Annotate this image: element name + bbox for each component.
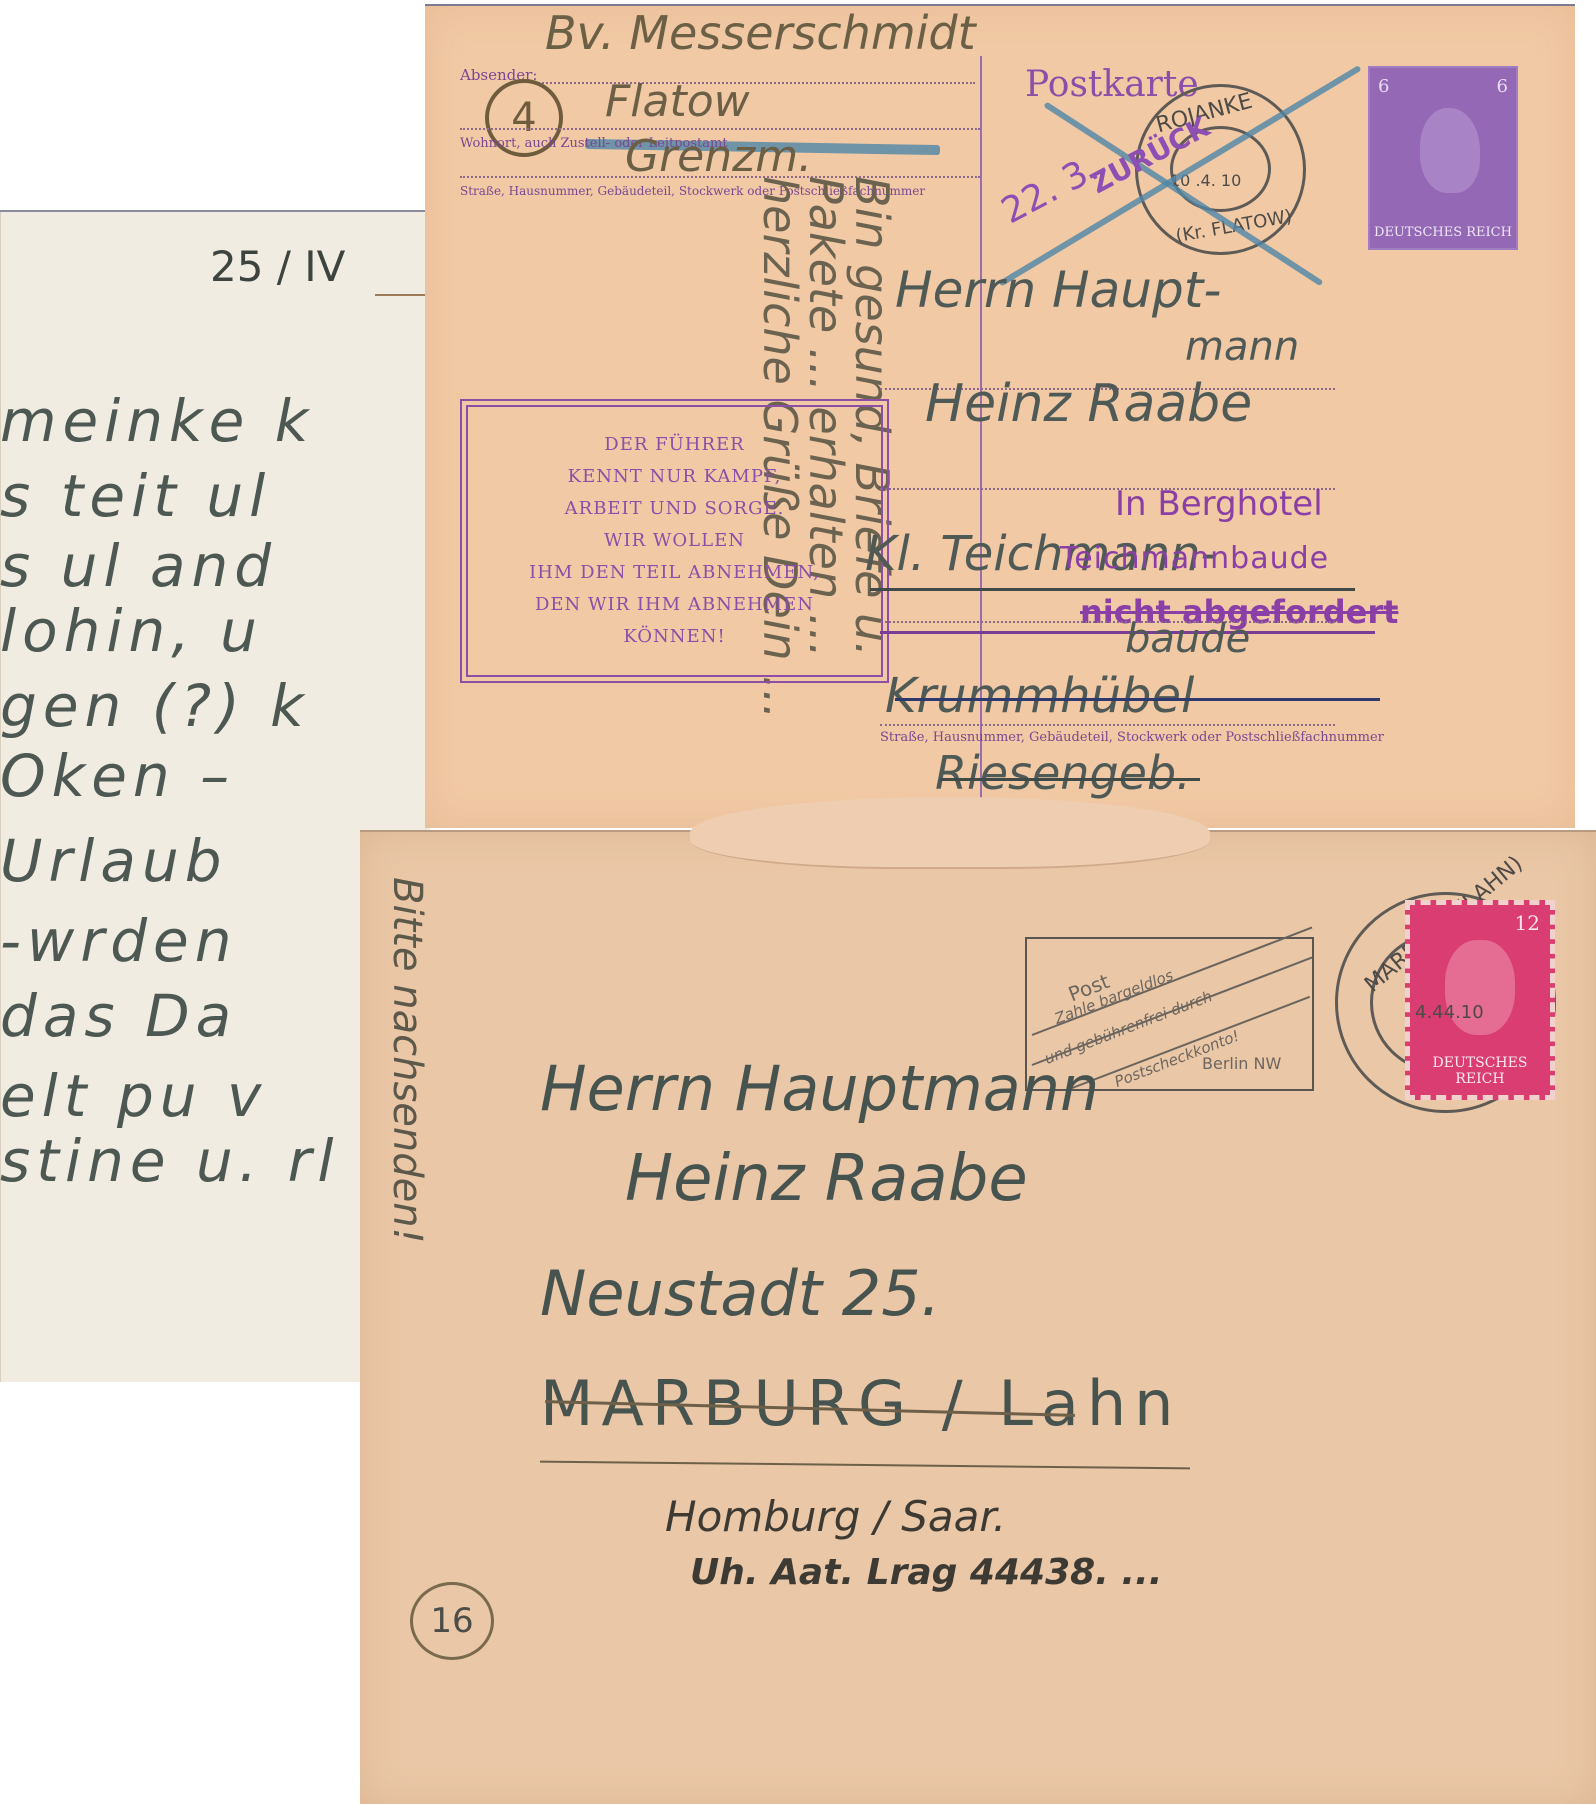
hotel-stamp-line-1: In Berghotel	[1115, 484, 1323, 524]
envelope-number-circle: 16	[410, 1582, 494, 1660]
propaganda-line: KÖNNEN!	[462, 621, 887, 653]
letter-line: s ul and	[0, 532, 277, 600]
stamp-value-right: 6	[1497, 76, 1508, 97]
stamp-country: DEUTSCHES REICH	[1370, 225, 1516, 240]
postage-stamp-6: 6 6 DEUTSCHES REICH	[1368, 66, 1518, 250]
envelope-recipient-title: Herrn Hauptmann	[540, 1052, 1099, 1125]
stamp-value-left: 6	[1378, 76, 1389, 97]
sender-region-hand: Grenzm.	[625, 131, 812, 182]
propaganda-line: DEN WIR IHM ABNEHMEN	[462, 589, 887, 621]
propaganda-line: DER FÜHRER	[462, 429, 887, 461]
recipient-region: Riesengeb.	[935, 746, 1191, 800]
letter-line: lohin, u	[0, 597, 263, 665]
letter-line: gen (?) k	[0, 672, 310, 740]
postage-stamp-12: 12 DEUTSCHES REICH	[1405, 900, 1555, 1100]
strikethrough	[870, 588, 1355, 591]
postcard: Bv. Messerschmidt Absender: 4 Flatow Woh…	[425, 4, 1575, 828]
propaganda-text: DER FÜHRER KENNT NUR KAMPF, ARBEIT UND S…	[462, 429, 887, 653]
letter-date: 25 / IV	[210, 242, 345, 291]
recipient-line-2: mann	[1185, 324, 1299, 370]
street-label-right: Straße, Hausnummer, Gebäudeteil, Stockwe…	[880, 730, 1384, 745]
street-line	[460, 176, 980, 178]
address-line	[880, 621, 1335, 623]
propaganda-line: WIR WOLLEN	[462, 525, 887, 557]
letter-line: stine u. rl	[0, 1127, 340, 1195]
forwarding-address-1: Homburg / Saar.	[665, 1492, 1006, 1541]
portrait-icon	[1420, 108, 1480, 193]
recipient-address-line-2: baude	[1125, 616, 1250, 662]
propaganda-line: ARBEIT UND SORGE.	[462, 493, 887, 525]
underline	[540, 1461, 1190, 1470]
strikethrough	[895, 698, 1380, 701]
recipient-name: Heinz Raabe	[925, 374, 1252, 434]
postmark-date: 4.44.10	[1415, 1002, 1484, 1023]
letter-line: -wrden	[0, 907, 237, 975]
letter-line: elt pu v	[0, 1062, 267, 1130]
forward-instruction: Bitte nachsenden!	[384, 877, 430, 1244]
envelope-recipient-name: Heinz Raabe	[625, 1142, 1028, 1216]
letter-line: Urlaub	[0, 827, 228, 895]
meter-text: Berlin NW	[1202, 1054, 1281, 1073]
strikethrough	[940, 778, 1200, 781]
envelope-street: Neustadt 25.	[540, 1257, 940, 1330]
letter-line: Oken –	[0, 742, 235, 810]
envelope-flap	[690, 797, 1210, 869]
letter-line: meinke k	[0, 387, 314, 455]
propaganda-line: KENNT NUR KAMPF,	[462, 461, 887, 493]
propaganda-box: DER FÜHRER KENNT NUR KAMPF, ARBEIT UND S…	[460, 399, 889, 683]
envelope: Bitte nachsenden! 16 Post Zahle bargeldl…	[360, 830, 1596, 1804]
forwarding-address-2: Uh. Aat. Lrag 44438. ...	[690, 1552, 1162, 1593]
letter-line: das Da	[0, 982, 237, 1050]
sender-line	[535, 82, 975, 84]
hotel-stamp-line-2: Teichmannbaude	[1060, 541, 1329, 576]
recipient-line-1: Herrn Haupt-	[895, 261, 1221, 319]
address-line	[880, 724, 1335, 726]
sender-town-hand: Flatow	[605, 76, 750, 127]
stamp-country: DEUTSCHES REICH	[1410, 1055, 1550, 1087]
recipient-town: Krummhübel	[885, 668, 1194, 724]
sender-name-hand: Bv. Messerschmidt	[545, 6, 976, 60]
letter-line: s teit ul	[0, 462, 271, 530]
stamp-value: 12	[1515, 911, 1540, 935]
residence-line	[460, 128, 980, 130]
propaganda-line: IHM DEN TEIL ABNEHMEN,	[462, 557, 887, 589]
return-date-stamp: 22. 3.	[995, 148, 1105, 233]
